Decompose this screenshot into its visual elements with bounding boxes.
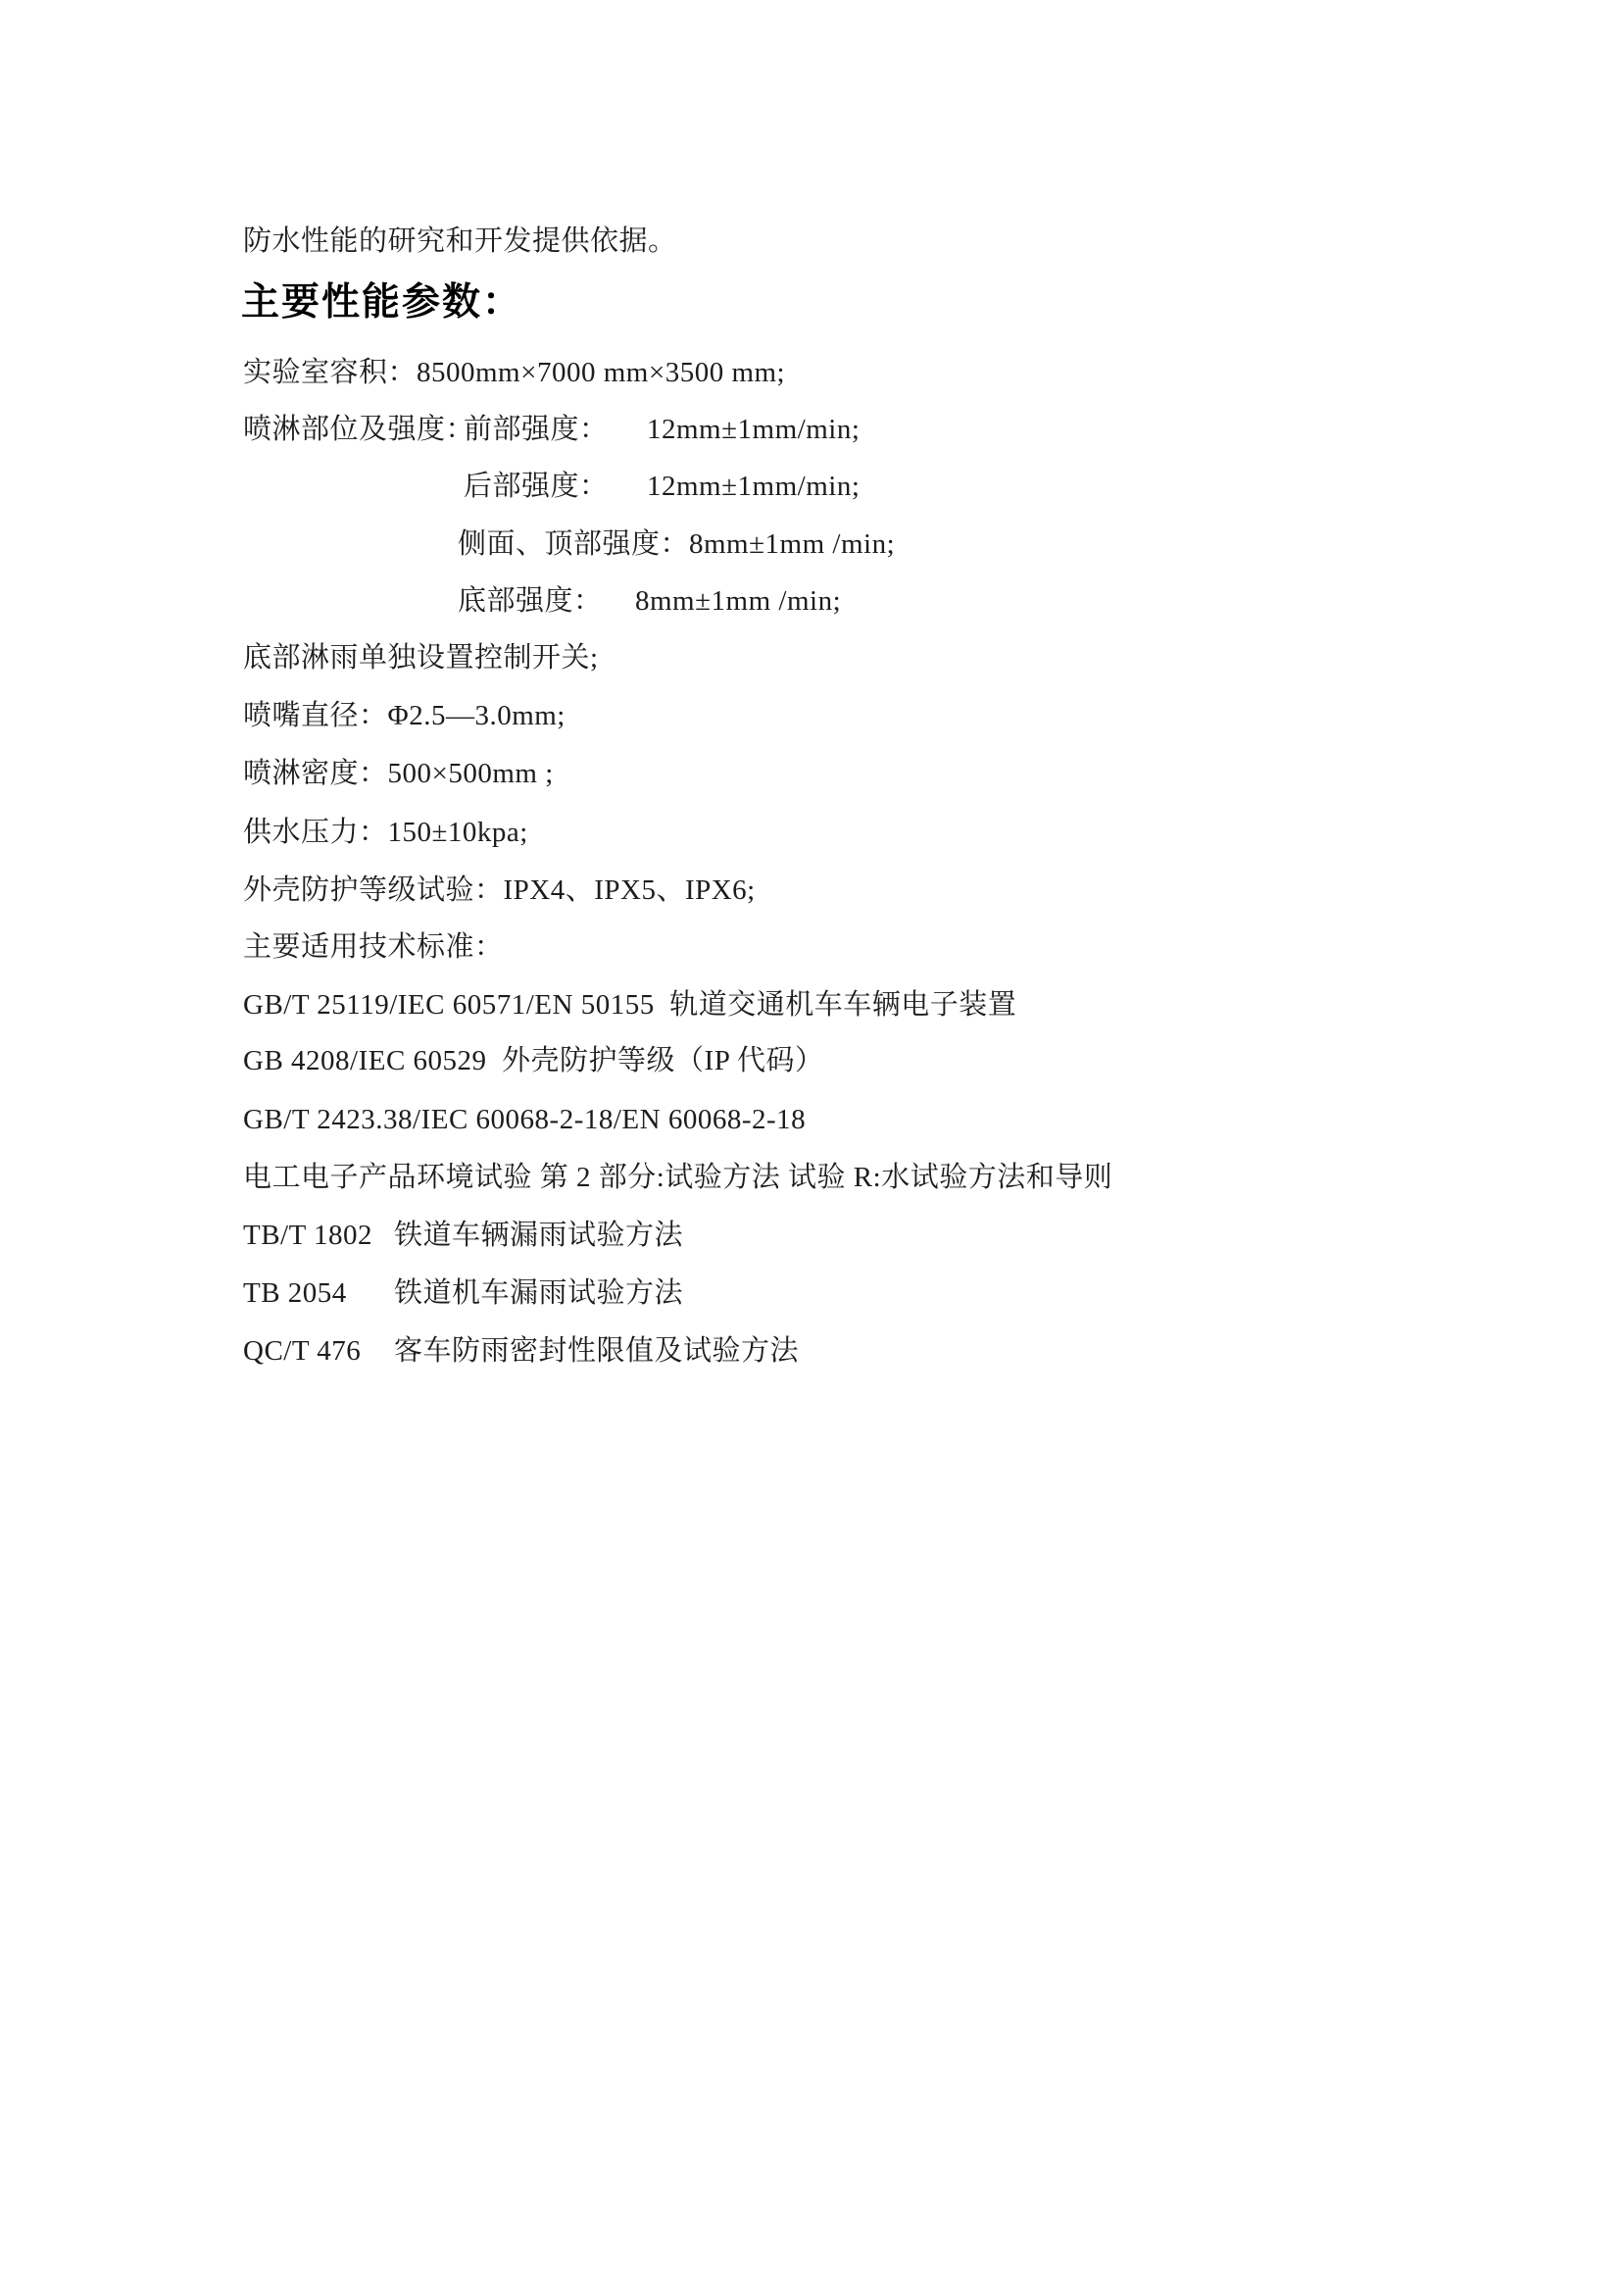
standards-heading-line: 主要适用技术标准： <box>0 929 1624 967</box>
intro-paragraph: 防水性能的研究和开发提供依据。 <box>0 224 1624 261</box>
front-intensity-label: 前部强度： <box>464 412 609 447</box>
standard-tbt1802-name: 铁道车辆漏雨试验方法 <box>394 1218 683 1253</box>
standard-gbt2423-text: GB/T 2423.38/IEC 60068-2-18/EN 60068-2-1… <box>243 1102 806 1137</box>
standard-line-gbt25119: GB/T 25119/IEC 60571/EN 50155 轨道交通机车车辆电子… <box>0 987 1624 1024</box>
nozzle-text: 喷嘴直径：Φ2.5—3.0mm; <box>243 698 566 733</box>
section-heading: 主要性能参数： <box>0 280 1624 329</box>
standard-qct476-code: QC/T 476 <box>243 1333 361 1369</box>
pressure-text: 供水压力：150±10kpa; <box>243 815 528 850</box>
bottom-intensity-value: 8mm±1mm /min; <box>635 583 841 619</box>
standard-tbt1802-code: TB/T 1802 <box>243 1218 372 1253</box>
spec-line-bottom-switch: 底部淋雨单独设置控制开关; <box>0 640 1624 677</box>
ip-test-text: 外壳防护等级试验：IPX4、IPX5、IPX6; <box>243 873 756 908</box>
standard-line-environment-test: 电工电子产品环境试验 第 2 部分:试验方法 试验 R:水试验方法和导则 <box>0 1160 1624 1197</box>
spray-section-label: 喷淋部位及强度： <box>243 412 474 447</box>
rear-intensity-label: 后部强度： <box>464 469 609 504</box>
standard-line-tbt1802: TB/T 1802 铁道车辆漏雨试验方法 <box>0 1218 1624 1255</box>
spec-line-spray-bottom: 底部强度： 8mm±1mm /min; <box>0 583 1624 621</box>
spec-line-pressure: 供水压力：150±10kpa; <box>0 815 1624 852</box>
spec-line-spray-side-top: 侧面、顶部强度：8mm±1mm /min; <box>0 526 1624 564</box>
standard-tb2054-code: TB 2054 <box>243 1275 347 1311</box>
intro-text: 防水性能的研究和开发提供依据。 <box>243 224 677 259</box>
rear-intensity-value: 12mm±1mm/min; <box>647 469 860 504</box>
spec-line-density: 喷淋密度：500×500mm ; <box>0 756 1624 793</box>
spec-volume-text: 实验室容积：8500mm×7000 mm×3500 mm; <box>243 355 785 390</box>
bottom-switch-text: 底部淋雨单独设置控制开关; <box>243 640 599 675</box>
standard-line-gb4208: GB 4208/IEC 60529 外壳防护等级（IP 代码） <box>0 1043 1624 1080</box>
standard-qct476-name: 客车防雨密封性限值及试验方法 <box>394 1333 799 1369</box>
spec-line-ip-test: 外壳防护等级试验：IPX4、IPX5、IPX6; <box>0 873 1624 910</box>
standard-environment-test-text: 电工电子产品环境试验 第 2 部分:试验方法 试验 R:水试验方法和导则 <box>243 1160 1112 1195</box>
standard-line-qct476: QC/T 476 客车防雨密封性限值及试验方法 <box>0 1333 1624 1371</box>
spec-line-spray-front: 喷淋部位及强度： 前部强度： 12mm±1mm/min; <box>0 412 1624 449</box>
section-heading-text: 主要性能参数： <box>241 280 522 325</box>
standard-line-tb2054: TB 2054 铁道机车漏雨试验方法 <box>0 1275 1624 1313</box>
standards-heading-text: 主要适用技术标准： <box>243 929 504 965</box>
document-page: 防水性能的研究和开发提供依据。 主要性能参数： 实验室容积：8500mm×700… <box>0 0 1624 2296</box>
front-intensity-value: 12mm±1mm/min; <box>647 412 860 447</box>
standard-gbt25119-text: GB/T 25119/IEC 60571/EN 50155 轨道交通机车车辆电子… <box>243 987 1016 1023</box>
side-top-intensity-text: 侧面、顶部强度：8mm±1mm /min; <box>458 526 895 562</box>
density-text: 喷淋密度：500×500mm ; <box>243 756 554 791</box>
spec-line-nozzle: 喷嘴直径：Φ2.5—3.0mm; <box>0 698 1624 735</box>
spec-line-spray-rear: 后部强度： 12mm±1mm/min; <box>0 469 1624 506</box>
standard-line-gbt2423: GB/T 2423.38/IEC 60068-2-18/EN 60068-2-1… <box>0 1102 1624 1139</box>
bottom-intensity-label: 底部强度： <box>458 583 603 619</box>
spec-line-volume: 实验室容积：8500mm×7000 mm×3500 mm; <box>0 355 1624 392</box>
standard-gb4208-text: GB 4208/IEC 60529 外壳防护等级（IP 代码） <box>243 1043 824 1078</box>
standard-tb2054-name: 铁道机车漏雨试验方法 <box>394 1275 683 1311</box>
